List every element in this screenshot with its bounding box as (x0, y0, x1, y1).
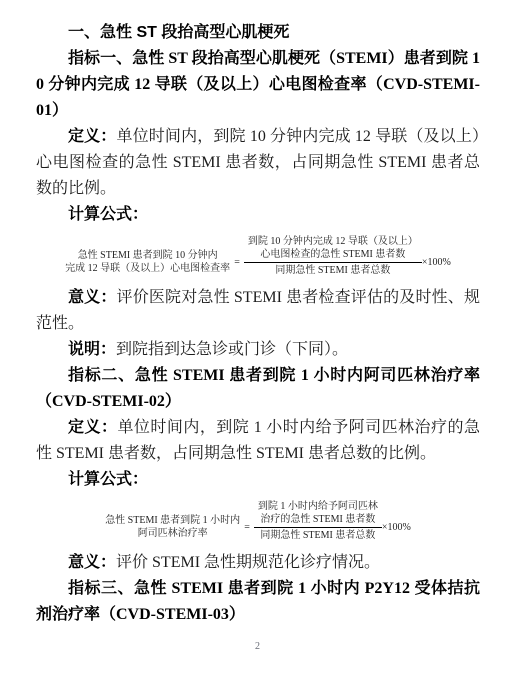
indicator2-definition: 定义：单位时间内，到院 1 小时内给予阿司匹林治疗的急性 STEMI 患者数，占… (36, 415, 480, 467)
indicator2-meaning: 意义：评价 STEMI 急性期规范化诊疗情况。 (36, 550, 480, 576)
section-title: 一、急性 ST 段抬高型心肌梗死 (36, 20, 480, 46)
equals-sign: = (234, 256, 240, 269)
formula1-lhs-line2: 完成 12 导联（及以上）心电图检查率 (65, 262, 230, 275)
indicator2-heading: 指标二、急性 STEMI 患者到院 1 小时内阿司匹林治疗率（CVD-STEMI… (36, 363, 480, 415)
formula1-multiplier: ×100% (422, 256, 451, 269)
formula2-lhs-line1: 急性 STEMI 患者到院 1 小时内 (105, 514, 240, 527)
meaning-label: 意义： (68, 289, 117, 306)
formula2-numerator-line2: 治疗的急性 STEMI 患者数 (258, 513, 378, 526)
indicator2-calc-heading: 计算公式： (36, 467, 480, 493)
formula1-denominator: 同期急性 STEMI 患者总数 (244, 263, 422, 277)
formula2-numerator: 到院 1 小时内给予阿司匹林 治疗的急性 STEMI 患者数 (254, 500, 382, 528)
indicator1-definition: 定义：单位时间内，到院 10 分钟内完成 12 导联（及以上）心电图检查的急性 … (36, 124, 480, 202)
note-text: 到院指到达急诊或门诊（下同）。 (116, 341, 348, 358)
indicator1-formula: 急性 STEMI 患者到院 10 分钟内 完成 12 导联（及以上）心电图检查率… (36, 228, 480, 285)
document-page: 一、急性 ST 段抬高型心肌梗死 指标一、急性 ST 段抬高型心肌梗死（STEM… (0, 0, 515, 690)
formula2-fraction: 到院 1 小时内给予阿司匹林 治疗的急性 STEMI 患者数 同期急性 STEM… (254, 500, 382, 542)
indicator2-formula: 急性 STEMI 患者到院 1 小时内 阿司匹林治疗率 = 到院 1 小时内给予… (36, 493, 480, 550)
indicator1-calc-heading: 计算公式： (36, 202, 480, 228)
formula1-fraction: 到院 10 分钟内完成 12 导联（及以上） 心电图检查的急性 STEMI 患者… (244, 235, 422, 277)
formula1-lhs: 急性 STEMI 患者到院 10 分钟内 完成 12 导联（及以上）心电图检查率 (65, 249, 230, 275)
definition-label: 定义： (68, 128, 116, 145)
formula1-numerator-line2: 心电图检查的急性 STEMI 患者数 (248, 248, 418, 261)
formula1-lhs-line1: 急性 STEMI 患者到院 10 分钟内 (65, 249, 230, 262)
calc-label: 计算公式： (68, 471, 148, 488)
formula2-lhs: 急性 STEMI 患者到院 1 小时内 阿司匹林治疗率 (105, 514, 240, 540)
indicator1-meaning: 意义：评价医院对急性 STEMI 患者检查评估的及时性、规范性。 (36, 285, 480, 337)
formula2-denominator: 同期急性 STEMI 患者总数 (254, 528, 382, 542)
indicator1-heading: 指标一、急性 ST 段抬高型心肌梗死（STEMI）患者到院 10 分钟内完成 1… (36, 46, 480, 124)
equals-sign: = (244, 521, 250, 534)
formula2-lhs-line2: 阿司匹林治疗率 (105, 527, 240, 540)
formula2-numerator-line1: 到院 1 小时内给予阿司匹林 (258, 500, 378, 513)
formula1-numerator-line1: 到院 10 分钟内完成 12 导联（及以上） (248, 235, 418, 248)
page-number: 2 (0, 634, 515, 660)
formula2-multiplier: ×100% (382, 521, 411, 534)
definition-label: 定义： (68, 419, 117, 436)
indicator1-note: 说明：到院指到达急诊或门诊（下同）。 (36, 337, 480, 363)
meaning-label: 意义： (68, 554, 116, 571)
formula1-numerator: 到院 10 分钟内完成 12 导联（及以上） 心电图检查的急性 STEMI 患者… (244, 235, 422, 263)
note-label: 说明： (68, 341, 116, 358)
calc-label: 计算公式： (68, 206, 148, 223)
meaning-text: 评价 STEMI 急性期规范化诊疗情况。 (116, 554, 380, 571)
indicator3-heading: 指标三、急性 STEMI 患者到院 1 小时内 P2Y12 受体拮抗剂治疗率（C… (36, 576, 480, 628)
